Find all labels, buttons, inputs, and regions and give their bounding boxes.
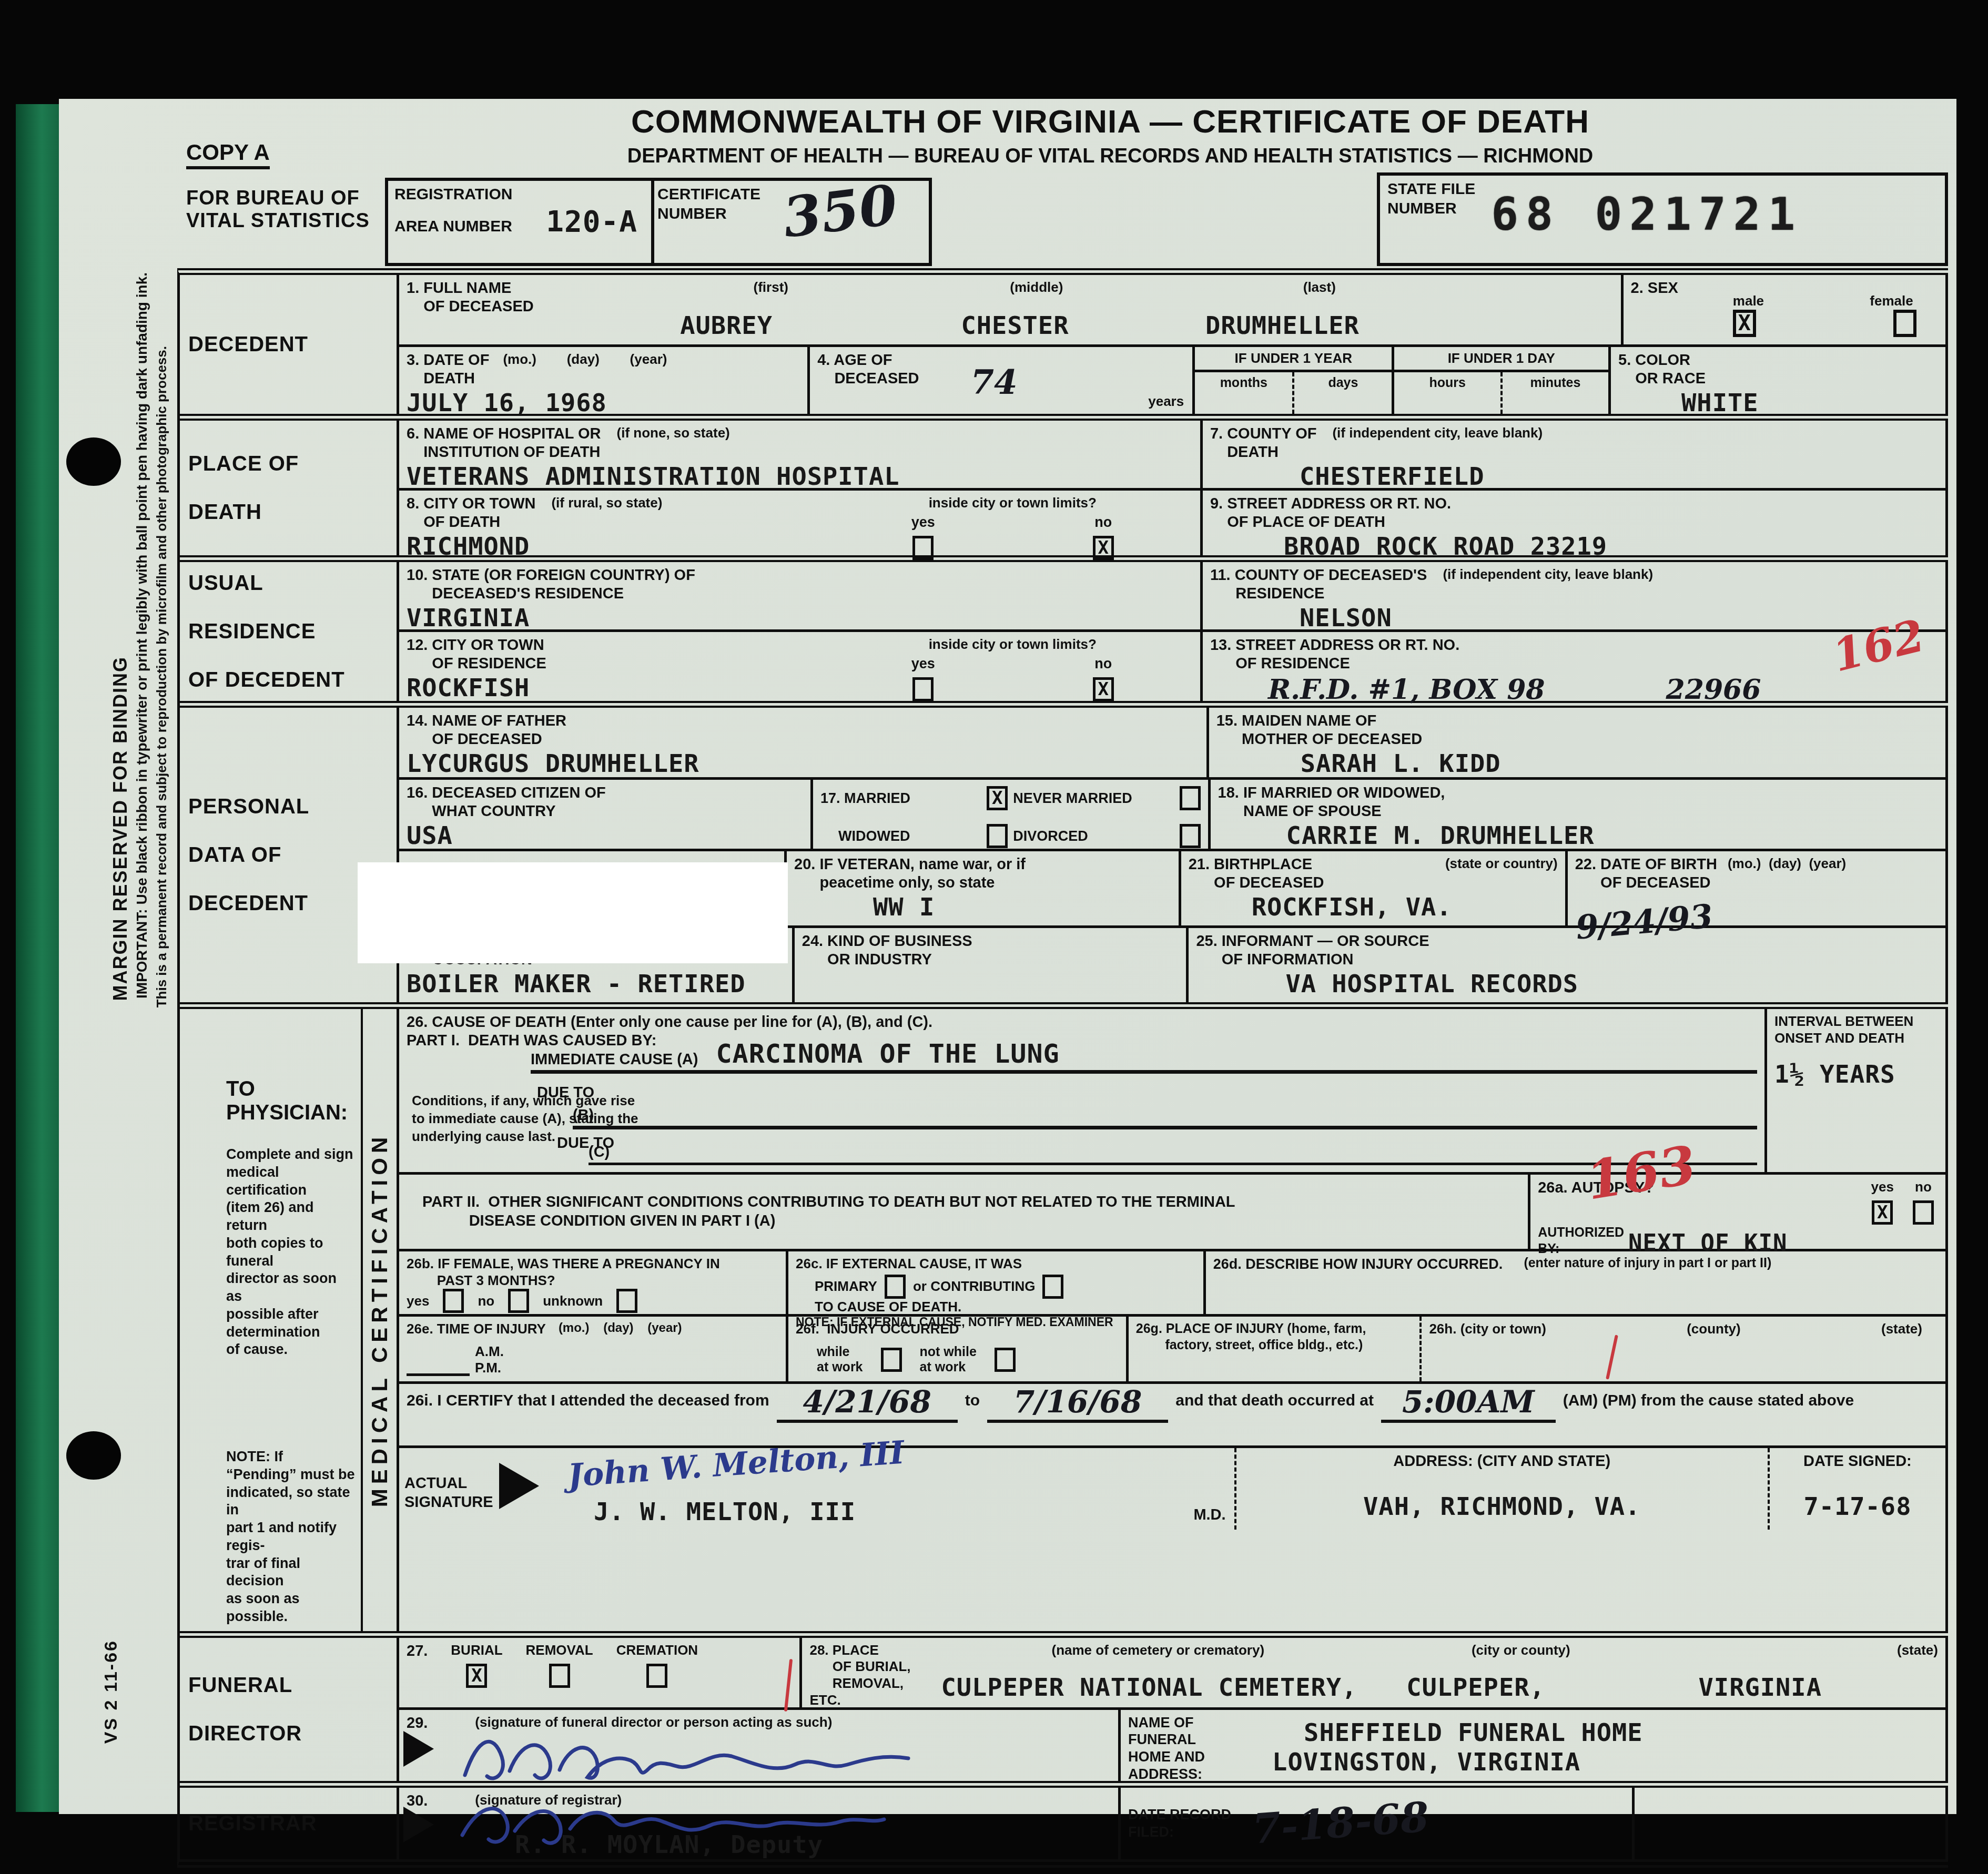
county-of-death-label: 7. COUNTY OF DEATH xyxy=(1210,425,1317,462)
field-cause-of-death: 26. CAUSE OF DEATH (Enter only one cause… xyxy=(399,1009,1764,1172)
section-usual-residence: USUAL RESIDENCE OF DECEDENT 10. STATE (O… xyxy=(180,555,1948,701)
field-birthplace: 21. BIRTHPLACE OF DECEASED (state or cou… xyxy=(1179,851,1565,925)
immediate-cause-label: IMMEDIATE CAUSE (A) xyxy=(531,1051,698,1069)
field-part2: PART II. OTHER SIGNIFICANT CONDITIONS CO… xyxy=(399,1175,1528,1249)
pregnancy-yes-label: yes xyxy=(407,1293,429,1309)
section-medical-certification: TO PHYSICIAN: Complete and sign medical … xyxy=(180,1002,1948,1631)
limits2-no-checkbox[interactable]: X xyxy=(1093,677,1114,701)
middle-name-value: CHESTER xyxy=(961,311,1069,340)
field-spouse: 18. IF MARRIED OR WIDOWED, NAME OF SPOUS… xyxy=(1208,780,1945,849)
last-name-value: DRUMHELLER xyxy=(1205,311,1360,340)
date-signed-value: 7-17-68 xyxy=(1803,1492,1911,1521)
certify-to-word: to xyxy=(965,1391,980,1411)
field-age: 4. AGE OF DECEASED 74 years xyxy=(807,347,1192,414)
funeral-home-name: SHEFFIELD FUNERAL HOME xyxy=(1304,1718,1938,1747)
limits1-no-checkbox[interactable]: X xyxy=(1093,536,1114,560)
field-date-of-death: 3. DATE OF DEATH (mo.) (day) (year) JULY… xyxy=(399,347,807,414)
age-suffix: years xyxy=(1148,393,1184,410)
cremation-label: CREMATION xyxy=(616,1642,698,1658)
contributing-label: or CONTRIBUTING xyxy=(913,1278,1036,1295)
married-label: 17. MARRIED xyxy=(820,790,910,807)
field-under-1-day: IF UNDER 1 DAY hours minutes xyxy=(1392,347,1608,414)
date-of-death-hints: (mo.) (day) (year) xyxy=(503,351,667,389)
certify-time-value: 5:00AM xyxy=(1381,1384,1556,1423)
red-stroke-26h xyxy=(1606,1335,1618,1379)
am-pm-labels: A.M.P.M. xyxy=(475,1343,504,1376)
mother-name-label: 15. MAIDEN NAME OF MOTHER OF DECEASED xyxy=(1216,712,1938,749)
informant-label: 25. INFORMANT — OR SOURCE OF INFORMATION xyxy=(1196,932,1938,970)
time-of-injury-hints: (mo.) (day) (year) xyxy=(559,1321,682,1338)
residence-street-label: 13. STREET ADDRESS OR RT. NO. OF RESIDEN… xyxy=(1210,636,1938,674)
injury-occurred-label: 26d. DESCRIBE HOW INJURY OCCURRED. xyxy=(1213,1256,1503,1273)
hours-label: hours xyxy=(1394,372,1500,414)
burial-state-hint: (state) xyxy=(1667,1642,1938,1658)
place-of-burial-label: 28. PLACE OF BURIAL, REMOVAL, ETC. xyxy=(809,1642,930,1703)
margin-important-note: IMPORTANT: Use black ribbon in typewrite… xyxy=(134,272,150,999)
hospital-hint: (if none, so state) xyxy=(617,425,730,462)
burial-label: BURIAL xyxy=(451,1642,502,1658)
male-label: male xyxy=(1733,293,1764,309)
field-26e-time-of-injury: 26e. TIME OF INJURY (mo.) (day) (year) A… xyxy=(399,1317,786,1381)
mother-name-value: SARAH L. KIDD xyxy=(1301,749,1938,778)
interval-label: INTERVAL BETWEEN ONSET AND DEATH xyxy=(1774,1013,1938,1046)
field-registrar-signature: 30. (signature of registrar) R. R. MOYLA… xyxy=(399,1788,1118,1859)
field-sex: 2. SEX male female X xyxy=(1621,275,1945,344)
not-while-at-work-label: not while at work xyxy=(920,1345,977,1375)
field-interval: INTERVAL BETWEEN ONSET AND DEATH 1½ YEAR… xyxy=(1764,1009,1945,1172)
veteran-label: 20. IF VETERAN, name war, or if peacetim… xyxy=(794,855,1171,893)
cause-a-value: CARCINOMA OF THE LUNG xyxy=(716,1038,1059,1069)
field-business: 24. KIND OF BUSINESS OR INDUSTRY xyxy=(792,928,1186,1002)
burial-city-hint: (city or county) xyxy=(1385,1642,1656,1658)
certificate-form: DECEDENT 1. FULL NAME OF DECEASED (first… xyxy=(177,268,1948,1868)
city-of-death-hint: (if rural, so state) xyxy=(551,495,662,532)
limits1-yes-checkbox[interactable] xyxy=(912,536,934,560)
days-label: days xyxy=(1292,372,1392,414)
female-checkbox[interactable] xyxy=(1893,310,1916,337)
place-of-injury-label: 26g. PLACE OF INJURY (home, farm, factor… xyxy=(1136,1321,1413,1353)
field-veteran: 20. IF VETERAN, name war, or if peacetim… xyxy=(784,851,1179,925)
field-place-of-burial: 28. PLACE OF BURIAL, REMOVAL, ETC. (name… xyxy=(799,1638,1945,1707)
field-date-of-birth: 22. DATE OF BIRTH OF DECEASED (mo.) (day… xyxy=(1565,851,1944,925)
limits1-yes-label: yes xyxy=(911,514,935,531)
copy-label: COPY A xyxy=(186,140,270,169)
certify-suffix: (AM) (PM) from the cause stated above xyxy=(1563,1391,1854,1411)
part2-text: PART II. OTHER SIGNIFICANT CONDITIONS CO… xyxy=(407,1193,1520,1230)
field-funeral-home: NAME OF FUNERAL HOME AND ADDRESS: SHEFFI… xyxy=(1118,1710,1945,1781)
field-26i-certify: 26i. I CERTIFY that I attended the decea… xyxy=(399,1384,1945,1445)
limits1-label: inside city or town limits? xyxy=(929,495,1097,511)
field-informant: 25. INFORMANT — OR SOURCE OF INFORMATION… xyxy=(1186,928,1945,1002)
field-26c-external: 26c. IF EXTERNAL CAUSE, IT WAS PRIMARY o… xyxy=(786,1251,1203,1314)
citizen-label: 16. DECEASED CITIZEN OF WHAT COUNTRY xyxy=(407,784,803,821)
date-filed-value: 7-18-68 xyxy=(1251,1793,1431,1853)
occupation-value: BOILER MAKER - RETIRED xyxy=(407,970,785,999)
autopsy-no-label: no xyxy=(1915,1179,1932,1195)
side-label-funeral-director: FUNERAL DIRECTOR xyxy=(188,1673,397,1746)
external-cause-label: 26c. IF EXTERNAL CAUSE, IT WAS xyxy=(796,1256,1196,1272)
physician-typed-name: J. W. MELTON, III xyxy=(594,1498,856,1526)
limits-block-residence: inside city or town limits? yes no X xyxy=(833,636,1193,701)
cemetery-value: CULPEPER NATIONAL CEMETERY, xyxy=(941,1673,1375,1702)
pregnancy-no-checkbox[interactable] xyxy=(508,1289,529,1313)
registration-area-label: REGISTRATION AREA NUMBER xyxy=(394,186,512,235)
interval-value: 1½ YEARS xyxy=(1774,1060,1938,1088)
burial-state-value: VIRGINIA xyxy=(1699,1673,1938,1702)
side-label-usual-residence: USUAL RESIDENCE OF DECEDENT xyxy=(188,571,397,692)
date-of-death-label: 3. DATE OF DEATH xyxy=(407,351,489,389)
cause-c-line: (C) xyxy=(589,1142,1757,1165)
punch-hole-top xyxy=(66,437,121,486)
date-filed-label: DATE RECORD FILED: xyxy=(1128,1806,1231,1841)
cause-b-line: (B) xyxy=(573,1105,1757,1129)
county-of-death-value: CHESTERFIELD xyxy=(1300,462,1938,491)
date-of-death-value: JULY 16, 1968 xyxy=(407,389,800,417)
months-label: months xyxy=(1195,372,1292,414)
side-label-place-of-death: PLACE OF DEATH xyxy=(188,452,397,524)
redaction-box xyxy=(358,862,788,963)
limits2-yes-checkbox[interactable] xyxy=(912,677,934,701)
not-while-at-work-checkbox[interactable] xyxy=(995,1348,1016,1372)
cause-c-label: (C) xyxy=(589,1143,610,1162)
to-physician-label: TO PHYSICIAN: xyxy=(226,1077,356,1125)
field-full-name: 1. FULL NAME OF DECEASED (first) (middle… xyxy=(399,275,1621,344)
removal-label: REMOVAL xyxy=(526,1642,593,1658)
field-26g-place-of-injury: 26g. PLACE OF INJURY (home, farm, factor… xyxy=(1126,1317,1420,1381)
residence-state-label: 10. STATE (OR FOREIGN COUNTRY) OF DECEAS… xyxy=(407,566,1193,604)
field-county-of-death: 7. COUNTY OF DEATH (if independent city,… xyxy=(1200,421,1945,488)
field-residence-city: 12. CITY OR TOWN OF RESIDENCE ROCKFISH i… xyxy=(399,632,1200,701)
certify-to-value: 7/16/68 xyxy=(987,1384,1168,1423)
pregnancy-label: 26b. IF FEMALE, WAS THERE A PREGNANCY IN… xyxy=(407,1256,778,1289)
field-street-of-death: 9. STREET ADDRESS OR RT. NO. OF PLACE OF… xyxy=(1200,491,1945,555)
while-at-work-label: while at work xyxy=(817,1345,863,1375)
medical-certification-label: MEDICAL CERTIFICATION xyxy=(367,1133,392,1507)
field-hospital: 6. NAME OF HOSPITAL OR INSTITUTION OF DE… xyxy=(399,421,1200,488)
certificate-number-label: CERTIFICATE NUMBER xyxy=(657,186,760,222)
section-place-of-death: PLACE OF DEATH 6. NAME OF HOSPITAL OR IN… xyxy=(180,414,1948,555)
physician-note1: Complete and sign medical certification … xyxy=(226,1146,356,1359)
registrar-typed-name: R. R. MOYLAN, Deputy xyxy=(515,1830,823,1859)
fd-arrow-icon xyxy=(403,1731,434,1767)
city-of-death-label: 8. CITY OR TOWN OF DEATH xyxy=(407,495,535,532)
female-label: female xyxy=(1870,293,1913,309)
field-father-name: 14. NAME OF FATHER OF DECEASED LYCURGUS … xyxy=(399,708,1206,777)
state-file-box: STATE FILE NUMBER 68 021721 xyxy=(1377,172,1948,266)
cause-a-line: IMMEDIATE CAUSE (A) CARCINOMA OF THE LUN… xyxy=(531,1038,1757,1074)
field-city-of-death: 8. CITY OR TOWN OF DEATH (if rural, so s… xyxy=(399,491,1200,555)
injury-city-label: 26h. (city or town) xyxy=(1429,1321,1546,1337)
burial-checkbox[interactable]: X xyxy=(466,1664,487,1688)
contributing-checkbox[interactable] xyxy=(1042,1275,1063,1299)
page-subtitle: DEPARTMENT OF HEALTH — BUREAU OF VITAL R… xyxy=(269,145,1951,168)
certify-prefix: 26i. I CERTIFY that I attended the decea… xyxy=(407,1391,769,1411)
disposition-num: 27. xyxy=(407,1642,428,1661)
widowed-label: WIDOWED xyxy=(838,828,910,844)
autopsy-yes-label: yes xyxy=(1871,1179,1894,1195)
injury-state-label: (state) xyxy=(1881,1321,1922,1337)
color-race-label: 5. COLOR OR RACE xyxy=(1618,351,1938,389)
signature-arrow-icon xyxy=(499,1463,539,1509)
section-registrar: REGISTRAR 30. (signature of registrar) R… xyxy=(180,1781,1948,1859)
to-cause-label: TO CAUSE OF DEATH. xyxy=(815,1299,1196,1315)
limits-block-death: inside city or town limits? yes no X xyxy=(833,495,1193,560)
minutes-label: minutes xyxy=(1500,372,1608,414)
fd-num: 29. xyxy=(407,1714,428,1733)
limits2-no-label: no xyxy=(1094,656,1112,672)
injury-occurred-hint: (enter nature of injury in part I or par… xyxy=(1524,1256,1771,1273)
residence-county-label: 11. COUNTY OF DECEASED'S RESIDENCE xyxy=(1210,566,1427,604)
father-name-value: LYCURGUS DRUMHELLER xyxy=(407,749,1199,778)
registrar-row-divider xyxy=(1632,1788,1635,1859)
field-physician-address: ADDRESS: (CITY AND STATE) VAH, RICHMOND,… xyxy=(1234,1448,1768,1530)
first-name-value: AUBREY xyxy=(680,311,773,340)
pregnancy-yes-checkbox[interactable] xyxy=(443,1289,464,1313)
pregnancy-unknown-label: unknown xyxy=(543,1293,603,1309)
field-disposition: 27. BURIAL X REMOVAL CREMATION xyxy=(399,1638,799,1707)
section-funeral-director: FUNERAL DIRECTOR 27. BURIAL X REMOVAL CR… xyxy=(180,1631,1948,1781)
field-color-race: 5. COLOR OR RACE WHITE xyxy=(1608,347,1945,414)
male-checkbox[interactable]: X xyxy=(1733,310,1756,337)
under-1-year-label: IF UNDER 1 YEAR xyxy=(1195,347,1392,372)
residence-zip-value: 22966 xyxy=(1666,674,1761,706)
medical-certification-strip: MEDICAL CERTIFICATION xyxy=(361,1009,397,1631)
autopsy-no-checkbox[interactable] xyxy=(1913,1200,1934,1225)
certify-mid: and that death occurred at xyxy=(1175,1391,1374,1411)
color-race-value: WHITE xyxy=(1681,389,1938,417)
field-citizen: 16. DECEASED CITIZEN OF WHAT COUNTRY USA xyxy=(399,780,810,849)
hospital-label: 6. NAME OF HOSPITAL OR INSTITUTION OF DE… xyxy=(407,425,601,462)
field-funeral-director-signature: 29. (signature of funeral director or pe… xyxy=(399,1710,1118,1781)
field-26d-injury: 26d. DESCRIBE HOW INJURY OCCURRED. (ente… xyxy=(1203,1251,1945,1314)
page-title: COMMONWEALTH OF VIRGINIA — CERTIFICATE O… xyxy=(269,103,1951,140)
certificate-number-box: CERTIFICATE NUMBER 350 xyxy=(651,178,932,266)
field-date-record-filed: DATE RECORD FILED: 7-18-68 xyxy=(1118,1788,1945,1859)
field-physician-signature: ACTUAL SIGNATURE John W. Melton, III J. … xyxy=(399,1448,1234,1530)
date-of-birth-label: 22. DATE OF BIRTH OF DECEASED xyxy=(1575,855,1717,893)
state-file-label: STATE FILE NUMBER xyxy=(1387,180,1475,259)
physician-address-value: VAH, RICHMOND, VA. xyxy=(1363,1492,1640,1521)
time-of-injury-label: 26e. TIME OF INJURY xyxy=(407,1321,546,1338)
section-decedent: DECEDENT 1. FULL NAME OF DECEASED (first… xyxy=(180,275,1948,414)
autopsy-yes-checkbox[interactable]: X xyxy=(1872,1200,1893,1225)
spouse-label: 18. IF MARRIED OR WIDOWED, NAME OF SPOUS… xyxy=(1218,784,1938,821)
cemetery-hint: (name of cemetery or crematory) xyxy=(941,1642,1375,1658)
last-hint: (last) xyxy=(1303,279,1336,296)
hospital-value: VETERANS ADMINISTRATION HOSPITAL xyxy=(407,462,1193,491)
bureau-label: FOR BUREAU OF VITAL STATISTICS xyxy=(186,187,370,232)
cause-head1: 26. CAUSE OF DEATH (Enter only one cause… xyxy=(407,1013,1757,1032)
widowed-checkbox[interactable] xyxy=(987,824,1008,848)
date-signed-label: DATE SIGNED: xyxy=(1803,1452,1912,1471)
county-of-death-hint: (if independent city, leave blank) xyxy=(1332,425,1543,462)
veteran-value: WW I xyxy=(873,893,1171,922)
punch-hole-bottom xyxy=(66,1431,121,1480)
primary-checkbox[interactable] xyxy=(885,1275,906,1299)
actual-signature-label: ACTUAL SIGNATURE xyxy=(404,1474,493,1512)
md-label: M.D. xyxy=(1193,1506,1225,1524)
injury-work-label: 26f. INJURY OCCURRED xyxy=(796,1321,1119,1338)
funeral-director-signature xyxy=(457,1728,920,1786)
pregnancy-unknown-checkbox[interactable] xyxy=(616,1289,637,1313)
form-number: VS 2 11-66 xyxy=(101,1639,121,1744)
field-residence-street: 13. STREET ADDRESS OR RT. NO. OF RESIDEN… xyxy=(1200,632,1945,701)
never-married-checkbox[interactable] xyxy=(1180,786,1201,810)
divorced-checkbox[interactable] xyxy=(1180,824,1201,848)
cause-b-label: (B) xyxy=(573,1106,594,1125)
business-label: 24. KIND OF BUSINESS OR INDUSTRY xyxy=(802,932,1179,970)
certificate-number-value: 350 xyxy=(779,172,900,250)
field-residence-county: 11. COUNTY OF DECEASED'S RESIDENCE (if i… xyxy=(1200,562,1945,629)
middle-hint: (middle) xyxy=(1010,279,1063,296)
funeral-home-label: NAME OF FUNERAL HOME AND ADDRESS: xyxy=(1128,1714,1260,1777)
physician-address-label: ADDRESS: (CITY AND STATE) xyxy=(1393,1452,1610,1471)
field-date-signed: DATE SIGNED: 7-17-68 xyxy=(1768,1448,1945,1530)
certify-from-value: 4/21/68 xyxy=(777,1384,958,1423)
age-value: 74 xyxy=(971,363,1018,402)
limits2-label: inside city or town limits? xyxy=(929,636,1097,652)
field-26b-pregnancy: 26b. IF FEMALE, WAS THERE A PREGNANCY IN… xyxy=(399,1251,786,1314)
field-26f-injury-occurred: 26f. INJURY OCCURRED while at work not w… xyxy=(786,1317,1126,1381)
registration-area-box: REGISTRATION AREA NUMBER 120-A xyxy=(385,178,654,266)
funeral-home-address: LOVINGSTON, VIRGINIA xyxy=(1272,1748,1938,1777)
primary-label: PRIMARY xyxy=(815,1278,877,1295)
residence-county-hint: (if independent city, leave blank) xyxy=(1443,566,1653,604)
divorced-label: DIVORCED xyxy=(1013,828,1088,844)
field-mother-name: 15. MAIDEN NAME OF MOTHER OF DECEASED SA… xyxy=(1206,708,1945,777)
certificate-paper: MARGIN RESERVED FOR BINDING IMPORTANT: U… xyxy=(59,99,1956,1814)
registrar-arrow-icon xyxy=(403,1807,434,1842)
field-under-1-year: IF UNDER 1 YEAR months days xyxy=(1192,347,1392,414)
street-of-death-label: 9. STREET ADDRESS OR RT. NO. OF PLACE OF… xyxy=(1210,495,1938,532)
first-hint: (first) xyxy=(754,279,788,296)
margin-permanent-note: This is a permanent record and subject t… xyxy=(154,346,170,1007)
while-at-work-checkbox[interactable] xyxy=(881,1348,902,1372)
field-26h-location: 26h. (city or town) (county) (state) xyxy=(1419,1317,1945,1381)
spouse-value: CARRIE M. DRUMHELLER xyxy=(1286,821,1938,850)
physician-note2: NOTE: If “Pending” must be indicated, so… xyxy=(226,1448,356,1626)
margin-binding-note: MARGIN RESERVED FOR BINDING xyxy=(109,656,131,1001)
never-married-label: NEVER MARRIED xyxy=(1013,790,1132,807)
limits2-yes-label: yes xyxy=(911,656,935,672)
field-residence-state: 10. STATE (OR FOREIGN COUNTRY) OF DECEAS… xyxy=(399,562,1200,629)
registration-area-value: 120-A xyxy=(546,205,637,239)
removal-checkbox[interactable] xyxy=(549,1664,570,1688)
father-name-label: 14. NAME OF FATHER OF DECEASED xyxy=(407,712,1199,749)
side-label-decedent: DECEDENT xyxy=(188,332,397,357)
citizen-value: USA xyxy=(407,821,803,850)
residence-street-value: R.F.D. #1, BOX 98 xyxy=(1268,674,1545,706)
under-1-day-label: IF UNDER 1 DAY xyxy=(1394,347,1608,372)
birthplace-label: 21. BIRTHPLACE OF DECEASED xyxy=(1189,855,1324,893)
burial-city-value: CULPEPER, xyxy=(1406,1673,1656,1702)
side-label-registrar: REGISTRAR xyxy=(188,1811,397,1836)
married-checkbox[interactable]: X xyxy=(987,786,1008,810)
state-file-value: 68 021721 xyxy=(1491,188,1802,259)
limits1-no-label: no xyxy=(1094,514,1112,531)
pregnancy-no-label: no xyxy=(478,1293,494,1309)
injury-county-label: (county) xyxy=(1687,1321,1741,1337)
birthplace-hint: (state or country) xyxy=(1445,855,1558,893)
cremation-checkbox[interactable] xyxy=(646,1664,667,1688)
informant-value: VA HOSPITAL RECORDS xyxy=(1285,970,1938,999)
street-of-death-value: BROAD ROCK ROAD 23219 xyxy=(1284,532,1938,561)
field-marital-status: 17. MARRIED X NEVER MARRIED WIDOWED DIVO… xyxy=(810,780,1208,849)
residence-state-value: VIRGINIA xyxy=(407,604,1193,633)
birthplace-value: ROCKFISH, VA. xyxy=(1252,893,1558,922)
